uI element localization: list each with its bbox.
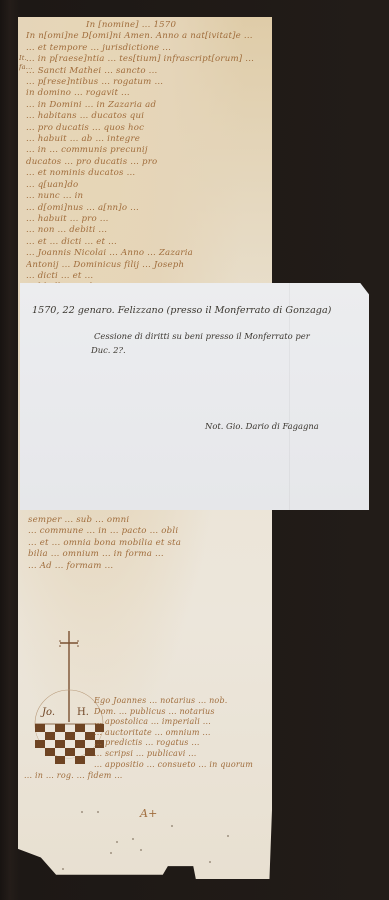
text-line: ... q[uan]do — [26, 180, 262, 191]
subscription-line: ... auctoritate ... omnium ... — [94, 728, 264, 739]
parchment-heading: In [nomine] ... 1570 — [26, 20, 262, 31]
text-line: ... et ... dicti ... et ... — [26, 237, 262, 248]
text-line: ... non ... debiti ... — [26, 225, 262, 236]
subscription-line: Ego Joannes ... notarius ... nob. — [94, 696, 264, 707]
slip-amount: Duc. 2?. — [91, 345, 126, 355]
slip-header: 1570, 22 genaro. Felizzano (presso il Mo… — [32, 305, 331, 316]
parchment-main-text: In [nomine] ... 1570 In n[omi]ne D[omi]n… — [26, 20, 262, 305]
text-line: ... nunc ... in — [26, 191, 262, 202]
text-line: bilia ... omnium ... in forma ... — [28, 549, 264, 560]
text-line: ... in p[raese]ntia ... tes[tium] infras… — [26, 54, 262, 65]
wormhole — [97, 811, 99, 813]
tail-line: ... in ... rog. ... fidem ... — [24, 770, 123, 781]
notarial-subscription: Ego Joannes ... notarius ... nob. Dom. .… — [94, 696, 264, 770]
verso-mark: A+ — [140, 808, 158, 819]
wormhole — [110, 852, 112, 854]
wormhole — [62, 868, 64, 870]
text-line: ... habuit ... pro ... — [26, 214, 262, 225]
subscription-line: ... appositio ... consueto ... in quorum — [94, 760, 264, 771]
text-line: ... p[rese]ntibus ... rogatum ... — [26, 77, 262, 88]
slip-signature: Not. Gio. Dario di Fagagna — [205, 421, 319, 431]
text-line: ... dicti ... et ... — [26, 271, 262, 282]
wormhole — [171, 825, 173, 827]
wormhole — [227, 835, 229, 837]
notarial-letters-left: Jo. — [40, 707, 55, 718]
text-line: ... Joannis Nicolai ... Anno ... Zazaria — [26, 248, 262, 259]
text-line: ... in ... communis precunij — [26, 145, 262, 156]
text-line: ... et ... omnia bona mobilia et sta — [28, 538, 264, 549]
wormhole — [81, 811, 83, 813]
text-line: ... pro ducatis ... quos hoc — [26, 123, 262, 134]
text-line: ... Ad ... formam ... — [28, 561, 264, 572]
slip-description: Cessione di diritti su beni presso il Mo… — [94, 331, 310, 341]
text-line: ... habitans ... ducatos qui — [26, 111, 262, 122]
text-line: Antonij ... Dominicus filij ... Joseph — [26, 260, 262, 271]
text-line: ducatos ... pro ducatis ... pro — [26, 157, 262, 168]
text-line: ... d[omi]nus ... a[nn]o ... — [26, 203, 262, 214]
notarial-letters-right: H. — [77, 707, 89, 718]
wormhole — [140, 849, 142, 851]
paper-slip — [20, 283, 369, 510]
subscription-line: ... scripsi ... publicavi ... — [94, 749, 264, 760]
slip-fold-line — [289, 283, 290, 510]
text-line: ... Sancti Mathei ... sancto ... — [26, 66, 262, 77]
text-line: in domino ... rogavit ... — [26, 88, 262, 99]
text-line: In n[omi]ne D[omi]ni Amen. Anno a nat[iv… — [26, 31, 262, 42]
subscription-line: Dom. ... publicus ... notarius — [94, 707, 264, 718]
subscription-line: ... apostolica ... imperiali ... — [94, 717, 264, 728]
text-line: ... et nominis ducatos ... — [26, 168, 262, 179]
text-line: ... in Domini ... in Zazaria ad — [26, 100, 262, 111]
parchment-closing-text: semper ... sub ... omni ... commune ... … — [28, 515, 264, 572]
wormhole — [132, 838, 134, 840]
text-line: semper ... sub ... omni — [28, 515, 264, 526]
wormhole — [209, 861, 211, 863]
text-line: ... et tempore ... jurisdictione ... — [26, 43, 262, 54]
text-line: ... habuit ... ab ... integre — [26, 134, 262, 145]
wormhole — [116, 841, 118, 843]
subscription-line: ... predictis ... rogatus ... — [94, 738, 264, 749]
text-line: ... commune ... in ... pacto ... obli — [28, 526, 264, 537]
